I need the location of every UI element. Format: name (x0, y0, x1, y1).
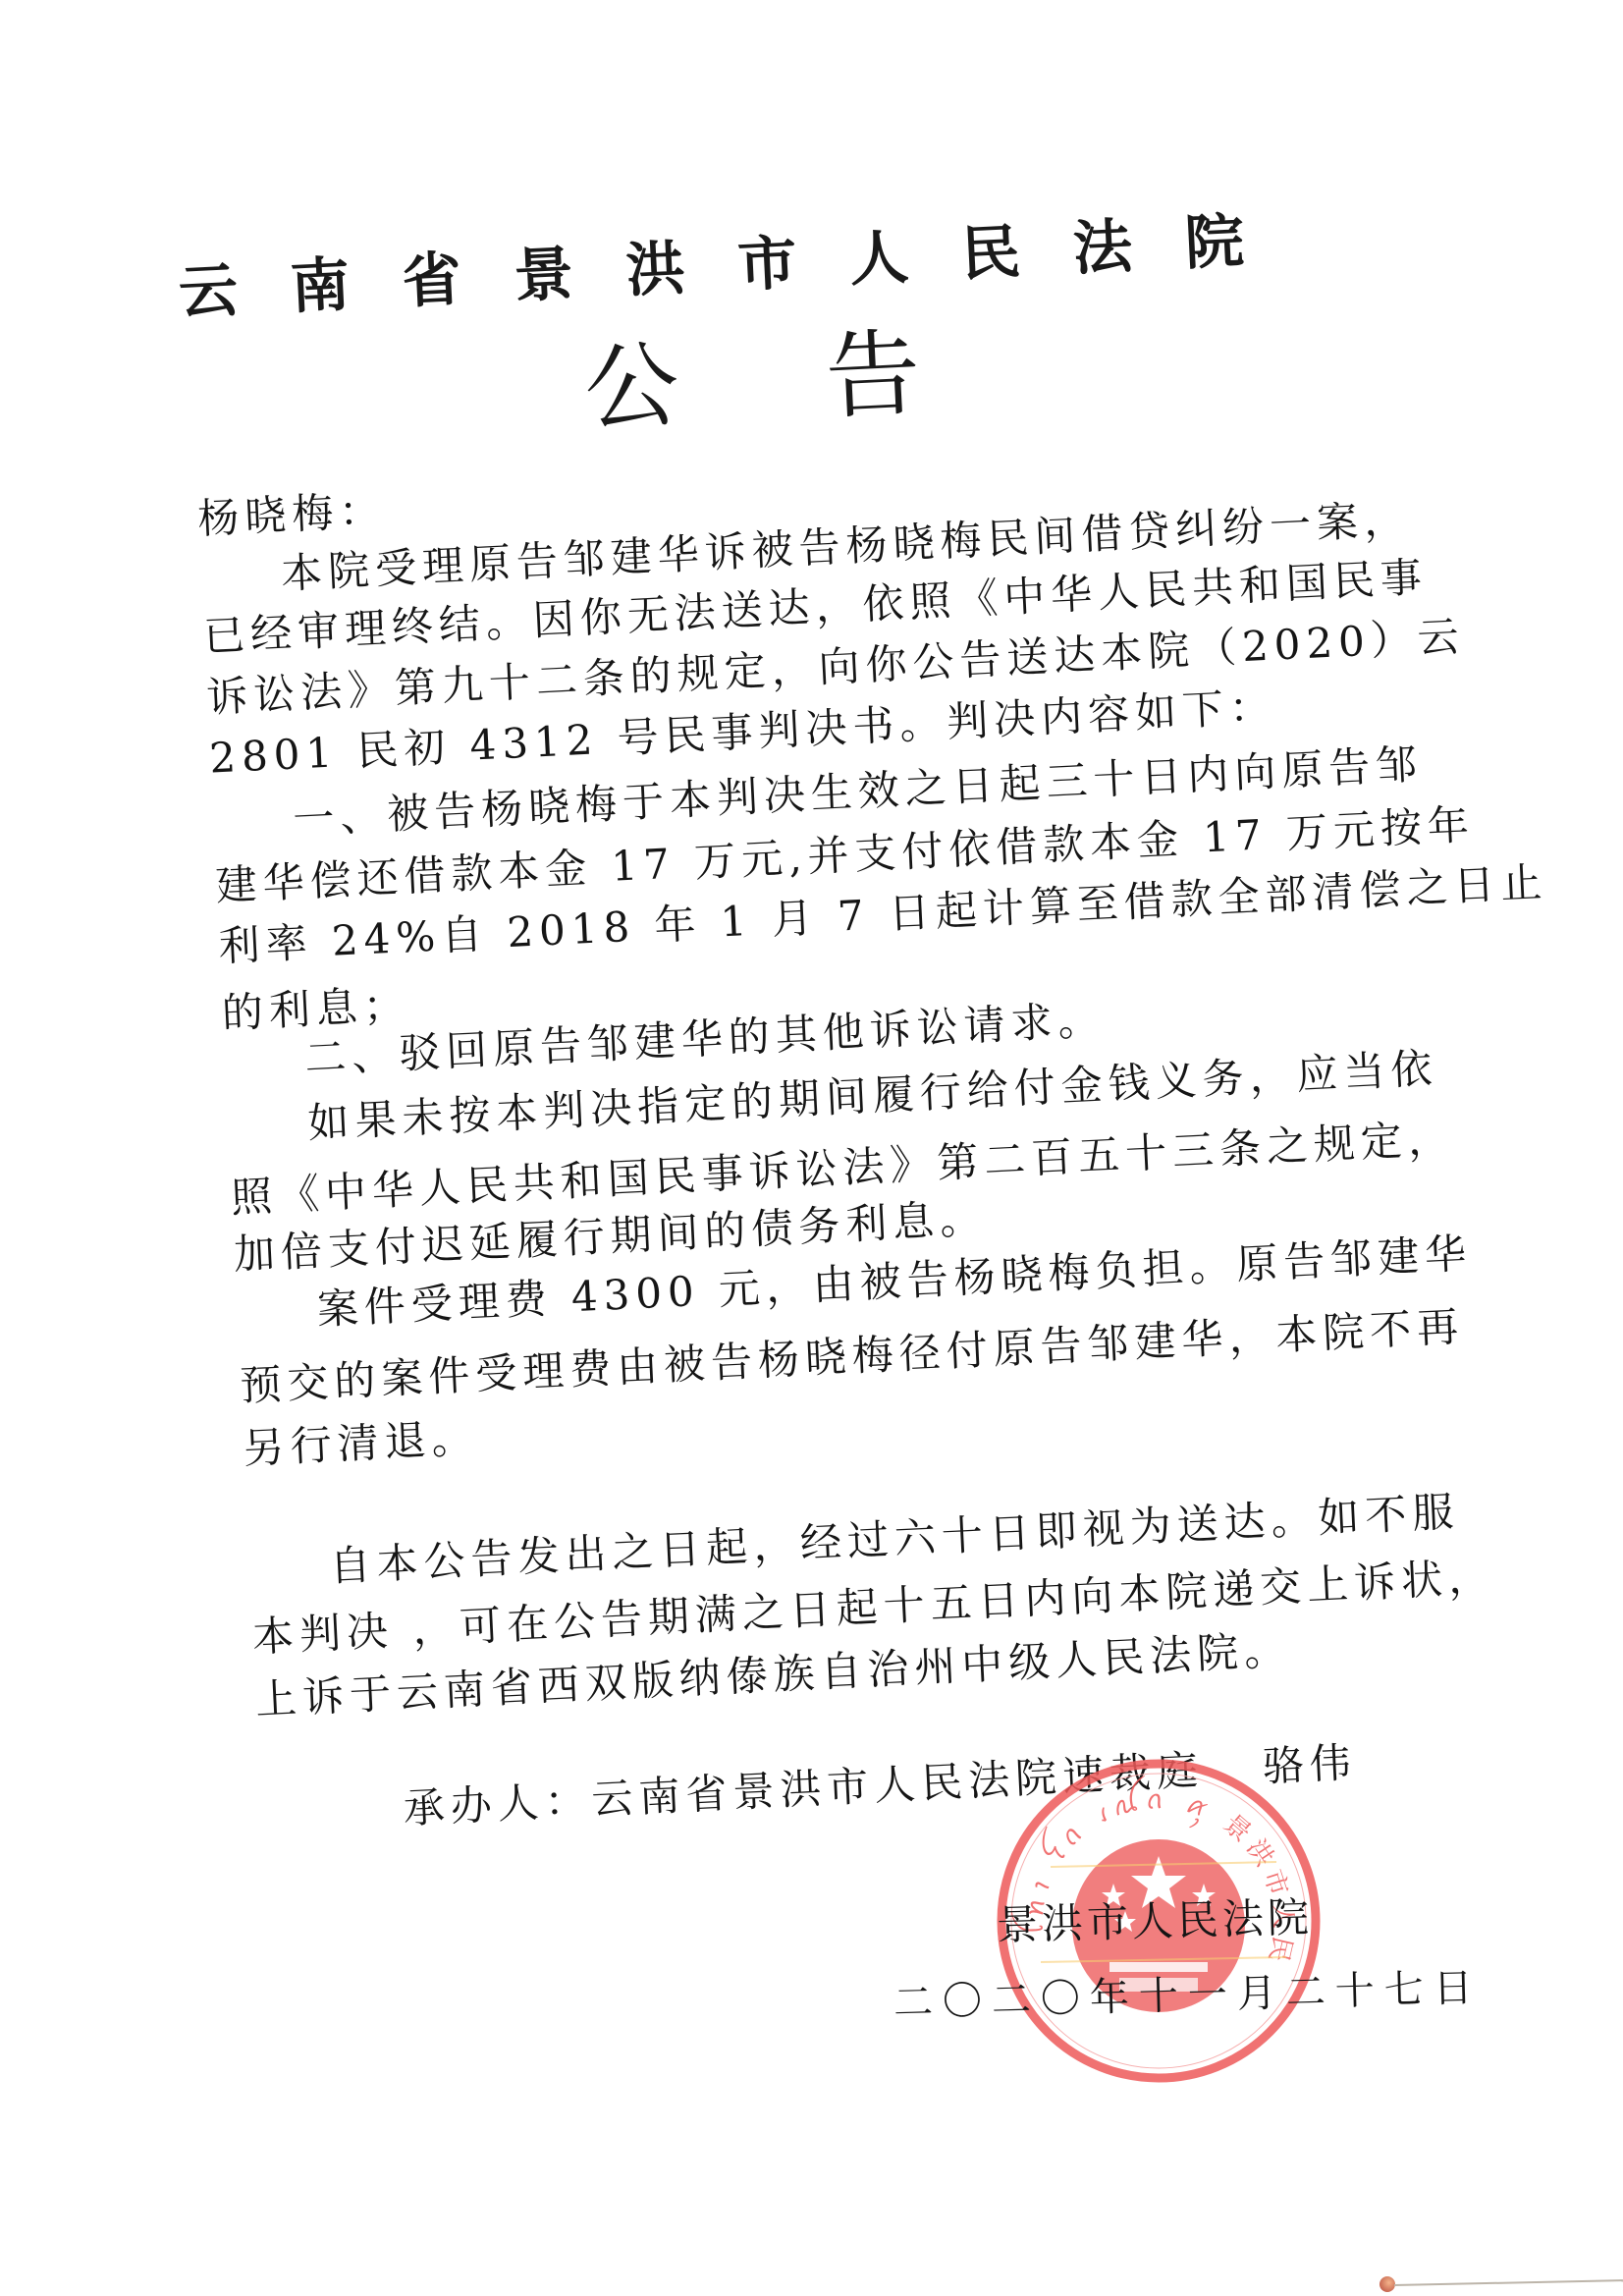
signature-court: 景洪市人民法院 (996, 1897, 1313, 1946)
court-header: 云南省景洪市人民法院 (178, 209, 1299, 323)
scan-edge-line (1394, 2279, 1623, 2286)
handler-line: 承办人：云南省景洪市人民法院速裁庭骆伟 (403, 1742, 1358, 1830)
salutation: 杨晓梅： (196, 490, 387, 540)
page-content: 云南省景洪市人民法院 公告 杨晓梅： 本院受理原告邹建华诉被告杨晓梅民间借贷纠纷… (0, 0, 1623, 2296)
handler-department: 云南省景洪市人民法院速裁庭 (590, 1745, 1205, 1823)
handler-name: 骆伟 (1262, 1738, 1358, 1791)
scan-mark (1380, 2276, 1395, 2292)
page-title: 公告 (582, 319, 1069, 437)
body-line: 另行清退。 (243, 1417, 480, 1470)
handler-label: 承办人： (403, 1776, 593, 1832)
scanned-page: 云南省景洪市人民法院 公告 杨晓梅： 本院受理原告邹建华诉被告杨晓梅民间借贷纠纷… (0, 0, 1623, 2296)
body-line: 的利息； (221, 984, 411, 1034)
